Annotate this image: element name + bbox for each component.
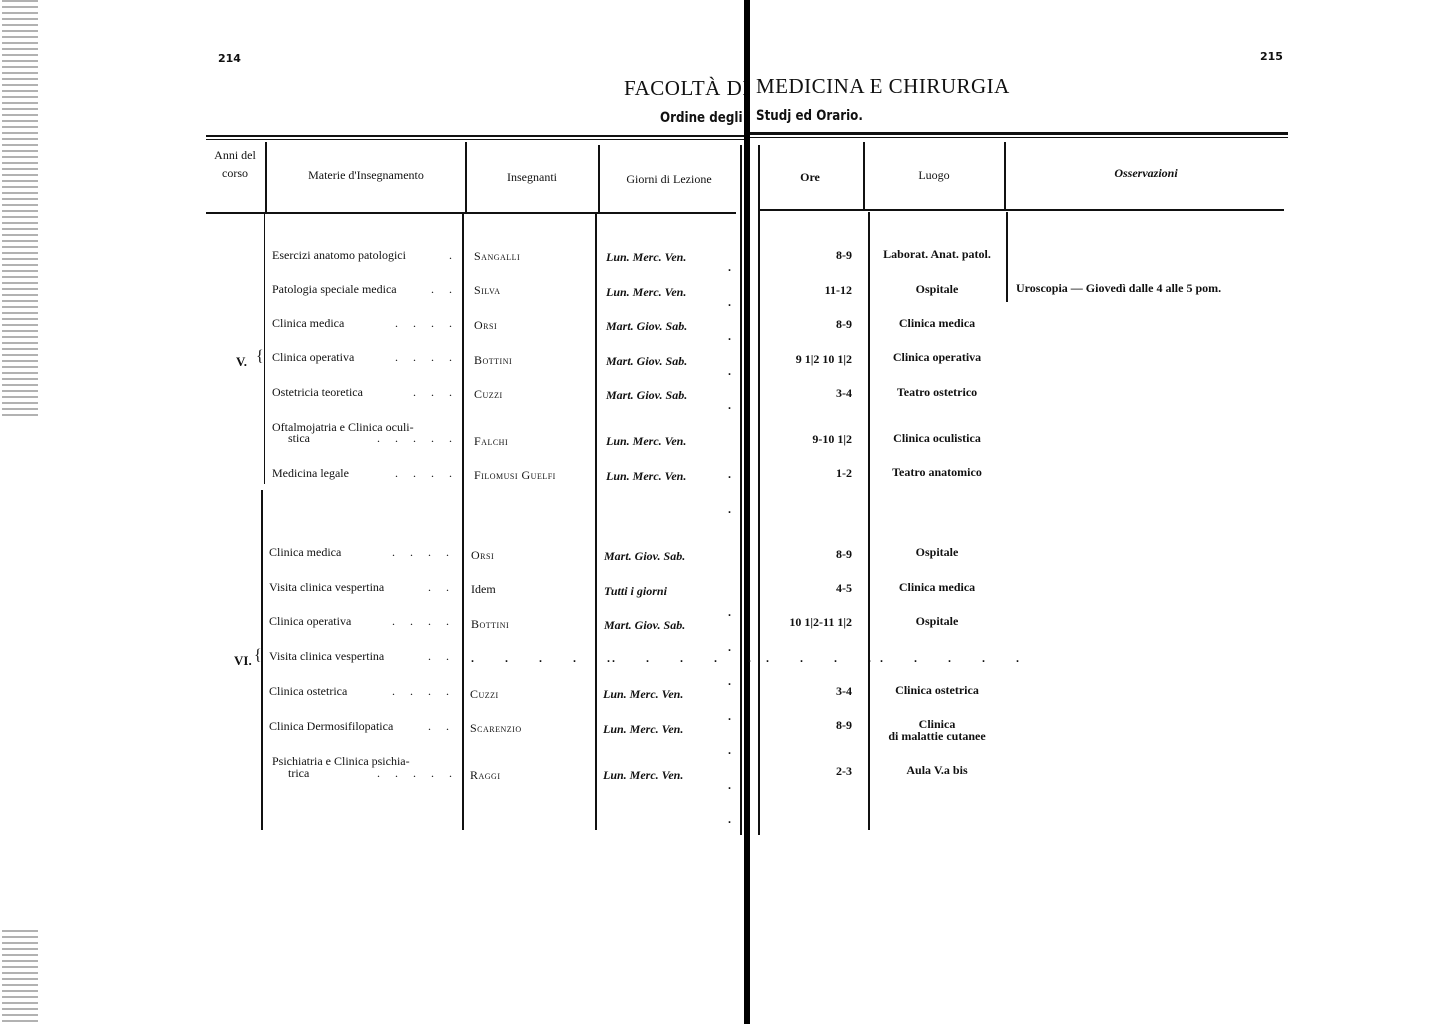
title-right: MEDICINA E CHIRURGIA: [756, 74, 1010, 99]
year-brace-line: [264, 214, 265, 484]
header-insegnanti: Insegnanti: [468, 168, 596, 186]
subject-cell: Clinica Dermosifilopatica. .: [269, 720, 455, 732]
teacher-cell: Falchi: [474, 435, 508, 447]
hours-cell: 4-5: [770, 582, 852, 594]
title-left: FACOLTÀ DI: [624, 76, 750, 101]
header-giorni: Giorni di Lezione: [600, 170, 738, 188]
table-top-rule: [206, 139, 744, 140]
subject-cell-continued: trica. . . . .: [272, 767, 458, 779]
days-cell: Lun. Merc. Ven.: [606, 470, 686, 482]
days-cell: Mart. Giov. Sab.: [606, 355, 687, 367]
column-divider: [465, 142, 467, 212]
teacher-cell: Raggi: [470, 769, 501, 781]
hours-cell-empty: . . . .: [766, 652, 885, 664]
header-bottom-rule: [206, 212, 736, 214]
book-spine-gutter: [744, 0, 750, 1024]
place-cell: Clinica ostetrica: [870, 684, 1004, 696]
hours-cell: 3-4: [770, 387, 852, 399]
days-cell: Mart. Giov. Sab.: [604, 550, 685, 562]
subtitle-left: Ordine degli: [660, 110, 743, 126]
column-divider: [595, 214, 597, 830]
days-cell: Lun. Merc. Ven.: [603, 723, 683, 735]
place-cell: Laborat. Anat. patol.: [870, 248, 1004, 260]
days-cell: Lun. Merc. Ven.: [606, 251, 686, 263]
days-cell: Mart. Giov. Sab.: [606, 320, 687, 332]
place-cell: Ospitale: [870, 546, 1004, 558]
teacher-cell: Bottini: [471, 618, 509, 630]
days-cell: Mart. Giov. Sab.: [604, 619, 685, 631]
teacher-cell: Filomusi Guelfi: [474, 469, 556, 481]
column-divider: [462, 214, 464, 830]
column-divider: [1006, 212, 1008, 302]
brace-icon: {: [256, 348, 264, 366]
place-cell: Teatro anatomico: [870, 466, 1004, 478]
teacher-cell: Scarenzio: [470, 722, 522, 734]
column-divider: [740, 145, 742, 835]
place-cell-continued: di malattie cutanee: [870, 730, 1004, 742]
header-materie: Materie d'Insegnamento: [268, 166, 464, 184]
table-top-rule: [750, 132, 1288, 135]
hours-cell: 10 1|2-11 1|2: [770, 616, 852, 628]
hours-cell: 8-9: [770, 249, 852, 261]
days-cell: Lun. Merc. Ven.: [606, 435, 686, 447]
header-luogo: Luogo: [866, 166, 1002, 184]
year-label-vi: VI.: [234, 653, 252, 669]
hours-cell: 9 1|2 10 1|2: [770, 353, 852, 365]
place-cell: Clinica operativa: [870, 351, 1004, 363]
scan-edge-artifact: [2, 930, 38, 1024]
place-cell: Clinica medica: [870, 317, 1004, 329]
days-cell: Lun. Merc. Ven.: [606, 286, 686, 298]
leader-dots-column: ..............: [728, 250, 731, 837]
teacher-cell: Cuzzi: [470, 688, 499, 700]
place-cell-empty: . . . . .: [880, 652, 1033, 664]
subject-cell: Patologia speciale medica. .: [272, 283, 458, 295]
subtitle-right: Studj ed Orario.: [756, 108, 863, 124]
teacher-cell: Orsi: [474, 319, 497, 331]
subject-cell: Clinica medica. . . .: [272, 317, 458, 329]
teacher-cell: Idem: [471, 583, 496, 595]
days-cell: Tutti i giorni: [604, 585, 667, 597]
place-cell: Clinica oculistica: [870, 432, 1004, 444]
subject-cell: Visita clinica vespertina. .: [269, 650, 455, 662]
days-cell: Mart. Giov. Sab.: [606, 389, 687, 401]
hours-cell: 11-12: [770, 284, 852, 296]
teacher-cell: Orsi: [471, 549, 494, 561]
notes-cell: Uroscopia — Giovedì dalle 4 alle 5 pom.: [1016, 282, 1221, 294]
header-osservazioni: Osservazioni: [1006, 164, 1286, 182]
brace-icon: {: [254, 647, 262, 665]
place-cell: Clinica medica: [870, 581, 1004, 593]
hours-cell: 3-4: [770, 685, 852, 697]
teacher-cell-empty: . . . . .: [471, 652, 624, 664]
column-divider: [863, 142, 865, 210]
column-divider: [758, 145, 760, 835]
page-number-left: 214: [218, 52, 241, 65]
teacher-cell: Silva: [474, 284, 501, 296]
days-cell: Lun. Merc. Ven.: [603, 769, 683, 781]
subject-cell: Ostetricia teoretica. . .: [272, 386, 458, 398]
hours-cell: 9-10 1|2: [770, 433, 852, 445]
year-label-v: V.: [236, 354, 247, 370]
subject-cell: Clinica operativa. . . .: [272, 351, 458, 363]
subject-cell: Clinica ostetrica. . . .: [269, 685, 455, 697]
subject-cell: Medicina legale. . . .: [272, 467, 458, 479]
place-cell: Teatro ostetrico: [870, 386, 1004, 398]
teacher-cell: Sangalli: [474, 250, 520, 262]
hours-cell: 2-3: [770, 765, 852, 777]
header-bottom-rule: [760, 209, 1284, 211]
days-cell: Lun. Merc. Ven.: [603, 688, 683, 700]
subject-cell: Clinica medica. . . .: [269, 546, 455, 558]
teacher-cell: Bottini: [474, 354, 512, 366]
teacher-cell: Cuzzi: [474, 388, 503, 400]
column-divider: [265, 142, 267, 212]
header-anni-del-corso: Anni del corso: [212, 146, 258, 182]
subject-cell: Esercizi anatomo patologici.: [272, 249, 458, 261]
subject-cell-continued: stica. . . . .: [272, 432, 458, 444]
hours-cell: 8-9: [770, 318, 852, 330]
page-number-right: 215: [1260, 50, 1283, 63]
table-top-rule: [750, 137, 1288, 138]
place-cell: Ospitale: [870, 615, 1004, 627]
place-cell: Aula V.a bis: [870, 764, 1004, 776]
header-ore: Ore: [760, 168, 860, 186]
subject-cell: Clinica operativa. . . .: [269, 615, 455, 627]
hours-cell: 8-9: [770, 719, 852, 731]
hours-cell: 8-9: [770, 548, 852, 560]
scan-edge-artifact: [2, 0, 38, 420]
days-cell-empty: . . . . .: [612, 652, 765, 664]
subject-cell: Visita clinica vespertina. .: [269, 581, 455, 593]
hours-cell: 1-2: [770, 467, 852, 479]
place-cell: Ospitale: [870, 283, 1004, 295]
table-top-rule: [206, 135, 744, 137]
